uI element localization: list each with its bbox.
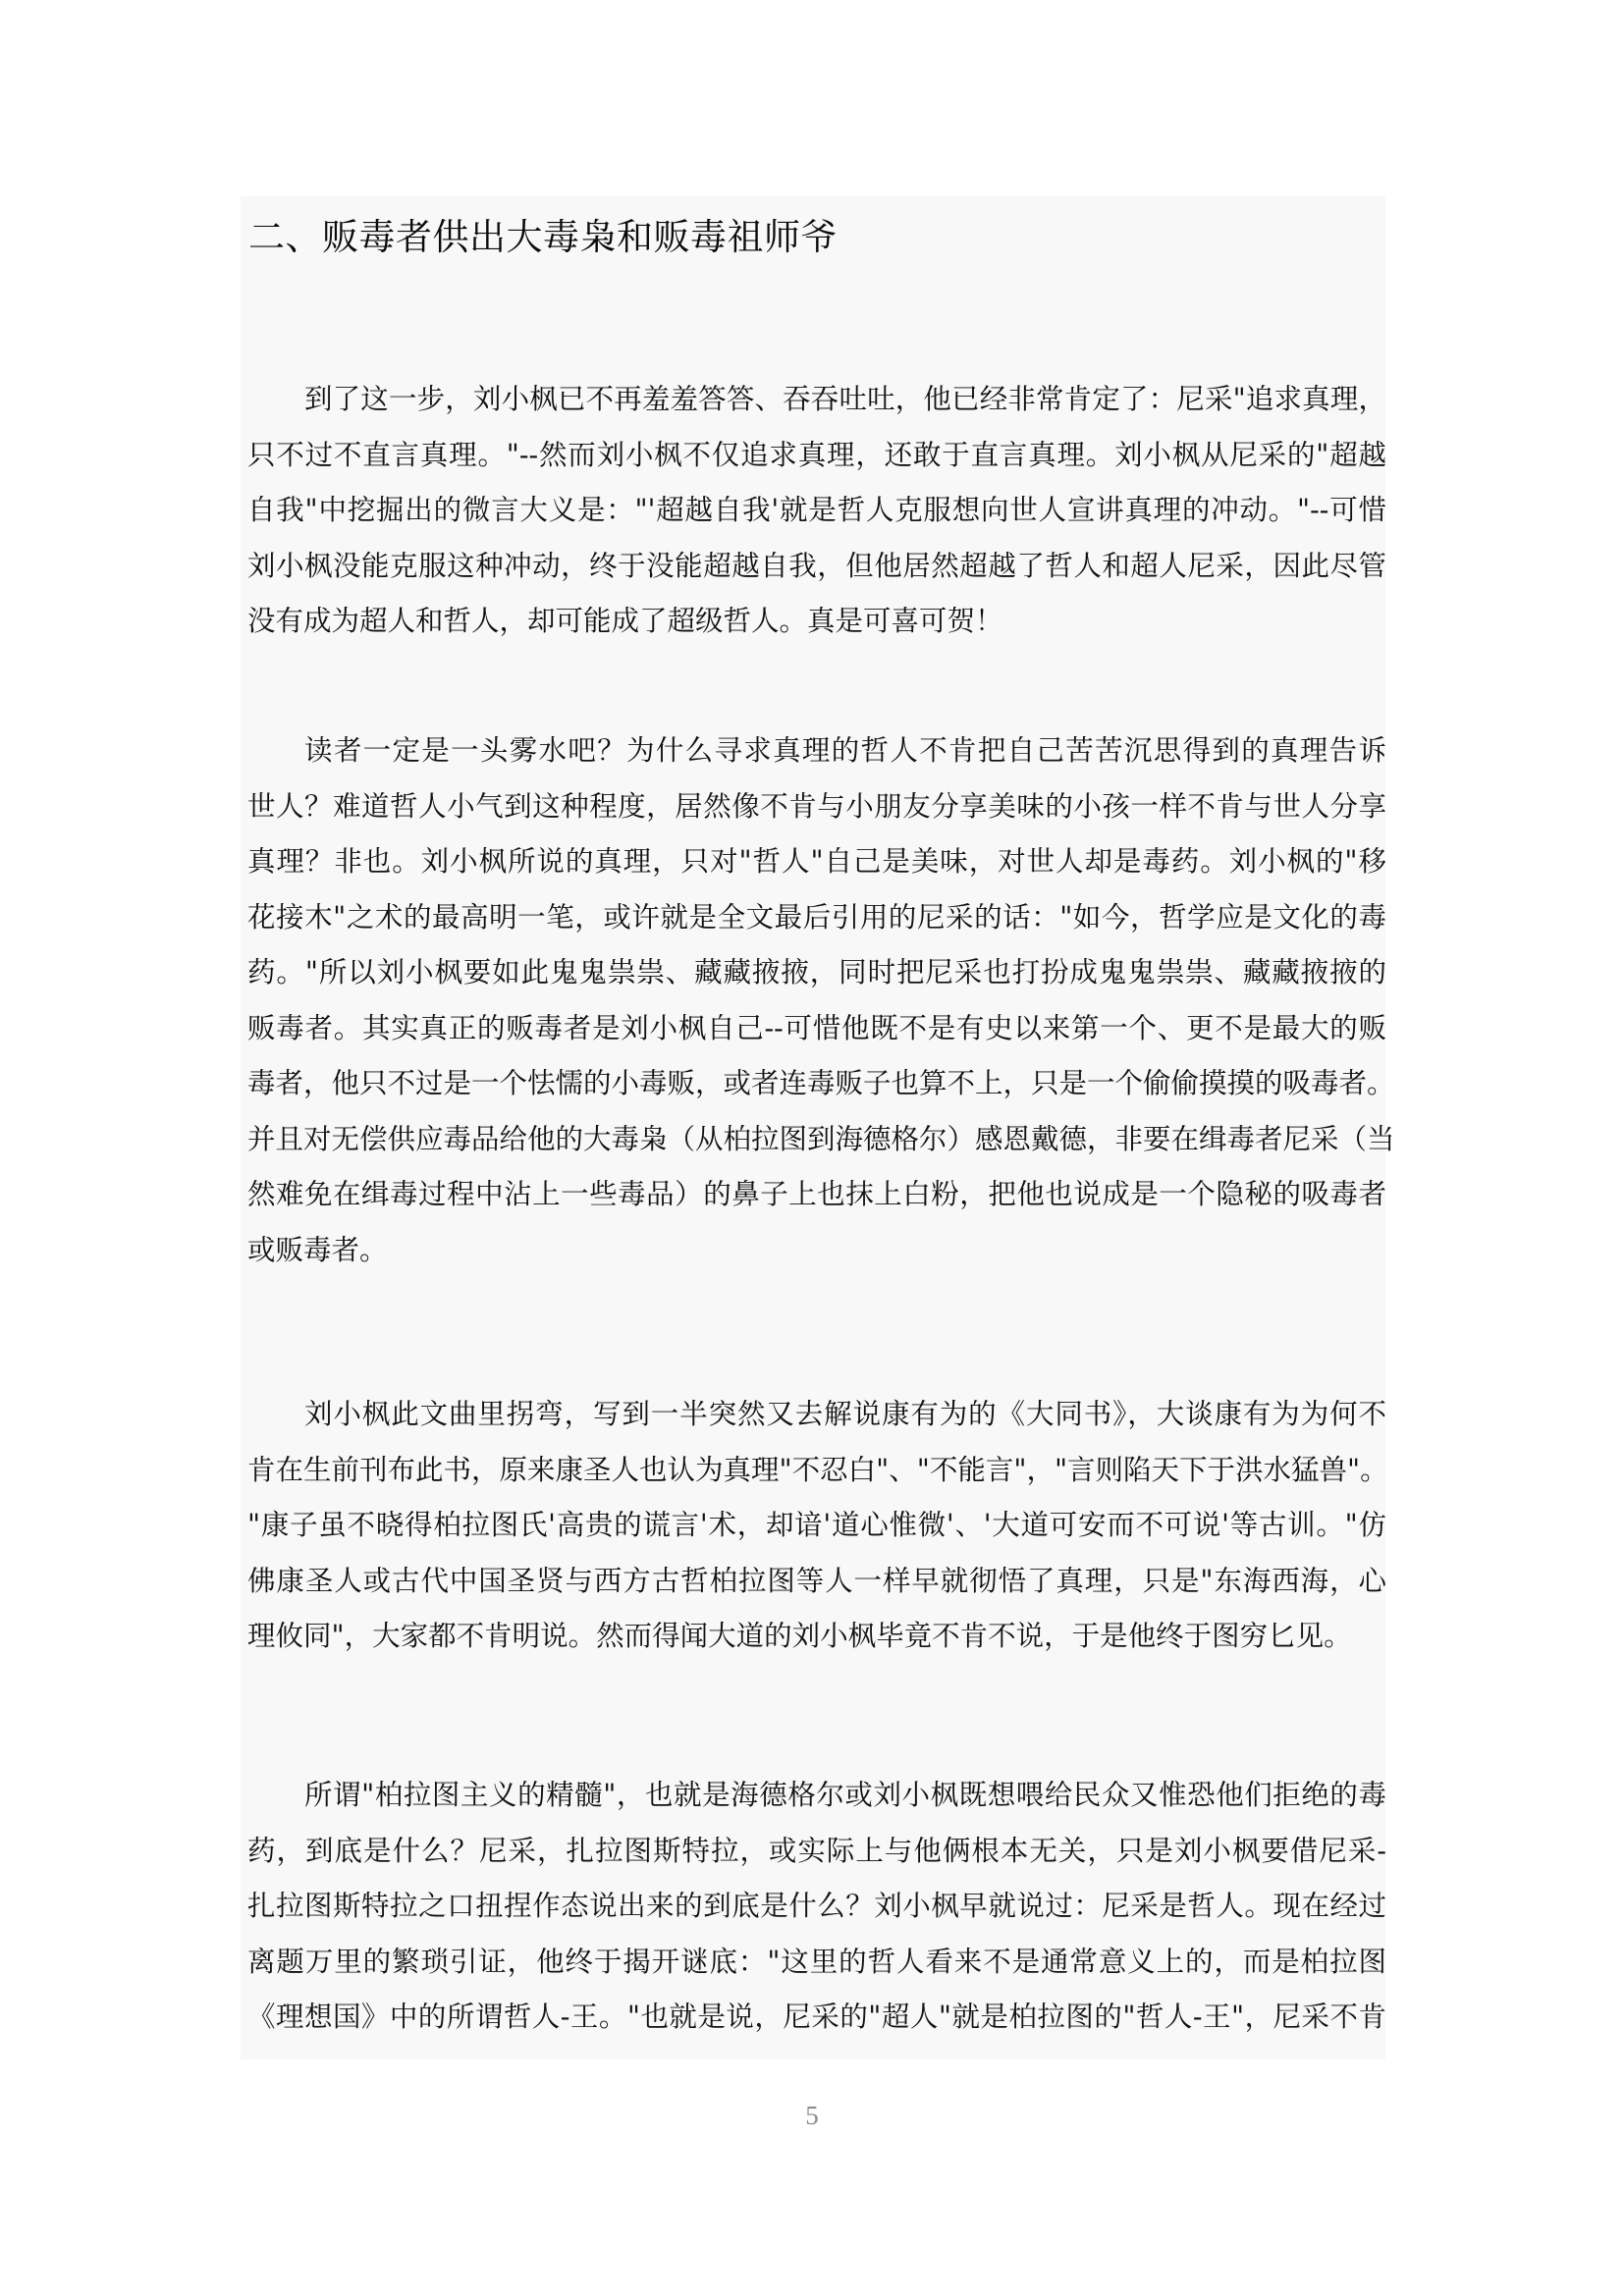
paragraph-4: 所谓"柏拉图主义的精髓"，也就是海德格尔或刘小枫既想喂给民众又惟恐他们拒绝的毒 … [247,1768,1386,2046]
paragraph-line: 《理想国》中的所谓哲人-王。"也就是说，尼采的"超人"就是柏拉图的"哲人-王"，… [247,1990,1386,2046]
content-block: 二、贩毒者供出大毒枭和贩毒祖师爷 到了这一步，刘小枫已不再羞羞答答、吞吞吐吐，他… [241,196,1385,2059]
paragraph-line: 没有成为超人和哲人，却可能成了超级哲人。真是可喜可贺！ [247,594,1386,650]
paragraph-line: 药。"所以刘小枫要如此鬼鬼祟祟、藏藏掖掖，同时把尼采也打扮成鬼鬼祟祟、藏藏掖掖的 [247,945,1386,1001]
paragraph-line: 只不过不直言真理。"--然而刘小枫不仅追求真理，还敢于直言真理。刘小枫从尼采的"… [247,428,1386,484]
paragraph-line: 自我"中挖掘出的微言大义是："'超越自我'就是哲人克服想向世人宣讲真理的冲动。"… [247,483,1386,539]
paragraph-line: 或贩毒者。 [247,1223,1386,1279]
paragraph-2: 读者一定是一头雾水吧？为什么寻求真理的哲人不肯把自己苦苦沉思得到的真理告诉 世人… [247,723,1386,1278]
paragraph-line: 离题万里的繁琐引证，他终于揭开谜底："这里的哲人看来不是通常意义上的，而是柏拉图 [247,1935,1386,1991]
paragraph-line: "康子虽不晓得柏拉图氏'高贵的谎言'术，却谙'道心惟微'、'大道可安而不可说'等… [247,1498,1386,1554]
paragraph-line: 所谓"柏拉图主义的精髓"，也就是海德格尔或刘小枫既想喂给民众又惟恐他们拒绝的毒 [247,1768,1386,1824]
paragraph-line: 刘小枫没能克服这种冲动，终于没能超越自我，但他居然超越了哲人和超人尼采，因此尽管 [247,539,1386,595]
page-number: 5 [0,2101,1624,2131]
paragraph-line: 肯在生前刊布此书，原来康圣人也认为真理"不忍白"、"不能言"，"言则陷天下于洪水… [247,1443,1386,1499]
paragraph-line: 真理？非也。刘小枫所说的真理，只对"哲人"自己是美味，对世人却是毒药。刘小枫的"… [247,834,1386,890]
paragraph-line: 并且对无偿供应毒品给他的大毒枭（从柏拉图到海德格尔）感恩戴德，非要在缉毒者尼采（… [247,1112,1386,1168]
paragraph-line: 花接木"之术的最高明一笔，或许就是全文最后引用的尼采的话："如今，哲学应是文化的… [247,890,1386,946]
paragraph-line: 毒者，他只不过是一个怯懦的小毒贩，或者连毒贩子也算不上，只是一个偷偷摸摸的吸毒者… [247,1056,1386,1112]
paragraph-line: 佛康圣人或古代中国圣贤与西方古哲柏拉图等人一样早就彻悟了真理，只是"东海西海，心 [247,1554,1386,1610]
paragraph-line: 药，到底是什么？尼采，扎拉图斯特拉，或实际上与他俩根本无关，只是刘小枫要借尼采- [247,1824,1386,1880]
section-title: 二、贩毒者供出大毒枭和贩毒祖师爷 [248,215,838,260]
paragraph-line: 世人？难道哲人小气到这种程度，居然像不肯与小朋友分享美味的小孩一样不肯与世人分享 [247,779,1386,835]
paragraph-line: 读者一定是一头雾水吧？为什么寻求真理的哲人不肯把自己苦苦沉思得到的真理告诉 [247,723,1386,779]
paragraph-line: 理攸同"，大家都不肯明说。然而得闻大道的刘小枫毕竟不肯不说，于是他终于图穷匕见。 [247,1609,1386,1665]
paragraph-1: 到了这一步，刘小枫已不再羞羞答答、吞吞吐吐，他已经非常肯定了：尼采"追求真理， … [247,372,1386,650]
paragraph-line: 扎拉图斯特拉之口扭捏作态说出来的到底是什么？刘小枫早就说过：尼采是哲人。现在经过 [247,1879,1386,1935]
paragraph-3: 刘小枫此文曲里拐弯，写到一半突然又去解说康有为的《大同书》，大谈康有为为何不 肯… [247,1387,1386,1665]
paragraph-line: 刘小枫此文曲里拐弯，写到一半突然又去解说康有为的《大同书》，大谈康有为为何不 [247,1387,1386,1443]
paragraph-line: 到了这一步，刘小枫已不再羞羞答答、吞吞吐吐，他已经非常肯定了：尼采"追求真理， [247,372,1386,428]
paragraph-line: 贩毒者。其实真正的贩毒者是刘小枫自己--可惜他既不是有史以来第一个、更不是最大的… [247,1001,1386,1057]
paragraph-line: 然难免在缉毒过程中沾上一些毒品）的鼻子上也抹上白粉，把他也说成是一个隐秘的吸毒者 [247,1167,1386,1223]
